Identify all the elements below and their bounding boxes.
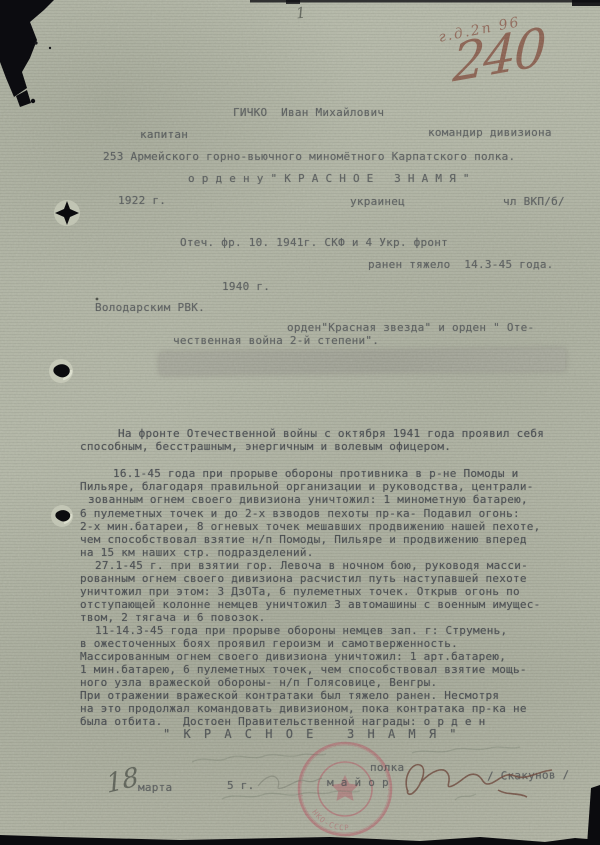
- typed-line: в ожесточенных боях проявил героизм и са…: [80, 637, 458, 650]
- awardee-name: ГИЧКО Иван Михайлович: [233, 106, 384, 119]
- typed-line: твом, 2 тягача и 6 повозок.: [80, 611, 266, 624]
- typed-line: 2-х мин.батареи, 8 огневых точек мешавши…: [80, 520, 540, 533]
- party-membership: чл ВКП/б/: [503, 195, 565, 208]
- footer-date-year: 5 г.: [227, 779, 255, 792]
- typed-line: зованным огнем своего дивизиона уничтожи…: [88, 493, 528, 506]
- redacted-blurred-line: [160, 349, 565, 374]
- document-page: ·˙··˙·˙··˙·˙··˙·˙··˙·˙··˙·˙··˙· НКО-СССР…: [0, 0, 600, 845]
- service-record: Отеч. фр. 10. 1941г. СКФ и 4 Укр. фронт: [180, 236, 448, 249]
- recommended-award-line: о р д е н у " К Р А С Н О Е З Н А М Я ": [188, 172, 470, 185]
- typed-line: 16.1-45 года при прорыве обороны противн…: [113, 467, 518, 480]
- page-number-handwritten: 1: [295, 4, 306, 23]
- typed-line: уничтожил при этом: 3 ДзОТа, 6 пулеметны…: [80, 585, 520, 598]
- typed-line: на это продолжал командовать дивизионом,…: [80, 702, 527, 715]
- prior-awards-line2: чественная война 2-й степени".: [173, 334, 379, 347]
- nationality: украинец: [350, 195, 405, 208]
- typed-line: рованным огнем своего дивизиона расчисти…: [80, 572, 527, 585]
- in-army-since: 1940 г.: [222, 280, 270, 293]
- typed-line: на 15 км наших стр. подразделений.: [80, 546, 314, 559]
- typed-line: 11-14.3-45 года при прорыве обороны немц…: [95, 624, 507, 637]
- birth-year: 1922 г.: [118, 194, 166, 207]
- typed-line: На фронте Отечественной войны с октября …: [118, 427, 544, 440]
- awardee-position: командир дивизиона: [428, 126, 552, 139]
- footer-date-month: марта: [138, 781, 172, 794]
- footer-of-regiment: полка: [370, 761, 404, 774]
- award-name-emphasized: " К Р А С Н О Е З Н А М Я ": [163, 728, 460, 741]
- footer-signer-rank: м а й о р: [327, 776, 389, 789]
- typed-line: отступающей колонне немцев уничтожил 3 а…: [80, 598, 540, 611]
- typed-line: 6 пулеметных точек и до 2-х взводов пехо…: [80, 507, 520, 520]
- typed-line: Массированным огнем своего дивизиона уни…: [80, 650, 506, 663]
- typed-line: чем способствовал взятие н/п Помоды, Пил…: [80, 533, 527, 546]
- typed-line: способным, бесстрашным, энергичным и вол…: [80, 440, 451, 453]
- typed-line: 1 мин.батарею, 6 пулеметных точек, чем с…: [80, 663, 527, 676]
- typed-line: Пильяре, благодаря правильной организаци…: [80, 480, 534, 493]
- prior-awards-line1: орден"Красная звезда" и орден " Оте-: [287, 321, 534, 334]
- awardee-rank: капитан: [140, 128, 188, 141]
- drafted-by: Володарским РВК.: [95, 301, 205, 314]
- awardee-unit: 253 Армейского горно-вьючного миномётног…: [103, 150, 515, 163]
- wounds-record: ранен тяжело 14.3-45 года.: [368, 258, 554, 271]
- typed-line: При отражении вражеской контратаки был т…: [80, 689, 499, 702]
- footer-signer-name: / Скакунов /: [487, 768, 570, 782]
- typed-line: ного узла вражеской обороны- н/п Голясов…: [80, 676, 437, 689]
- typed-line: 27.1-45 г. при взятии гор. Левоча в ночн…: [95, 559, 528, 572]
